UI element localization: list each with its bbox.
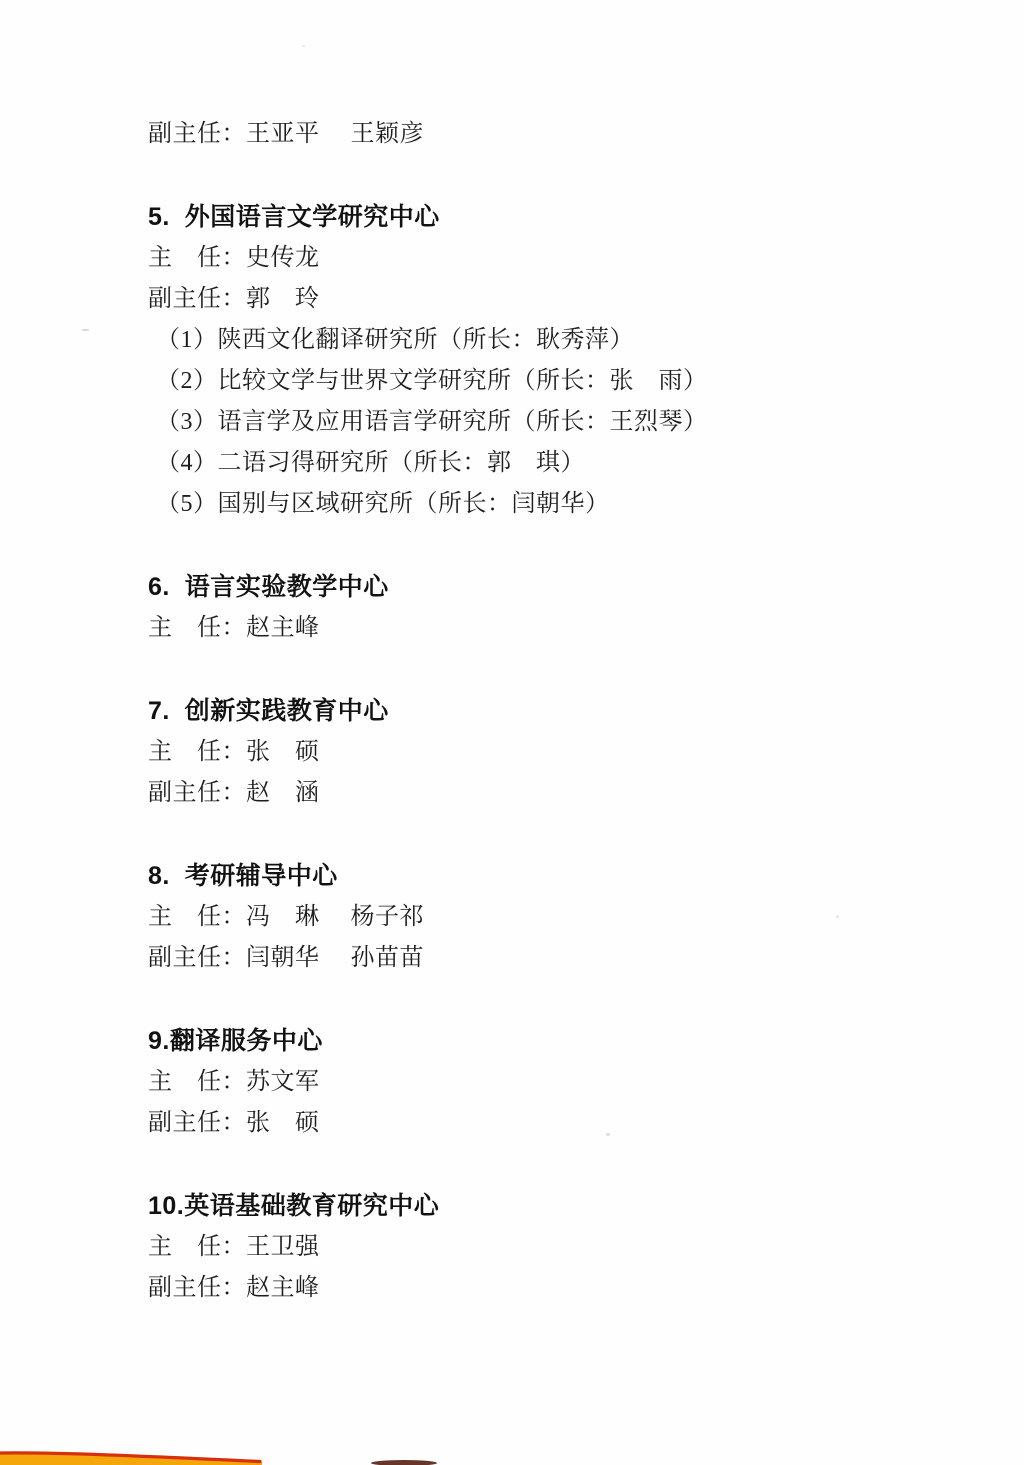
section-7-innovation-practice-education-center: 7. 创新实践教育中心主 任：张 硕副主任：赵 涵 — [148, 691, 994, 814]
institute-line: （3）语言学及应用语言学研究所（所长：王烈琴） — [148, 402, 994, 443]
staff-line: 主 任：张 硕 — [148, 732, 994, 773]
institute-line: （5）国别与区域研究所（所长：闫朝华） — [148, 484, 994, 525]
scan-artifact — [82, 329, 89, 331]
section-heading: 5. 外国语言文学研究中心 — [148, 197, 994, 238]
scan-smudge — [368, 1457, 440, 1465]
section-heading: 10.英语基础教育研究中心 — [148, 1186, 994, 1227]
section-heading: 8. 考研辅导中心 — [148, 856, 994, 897]
institute-line: （2）比较文学与世界文学研究所（所长：张 雨） — [148, 361, 994, 402]
section-4-tail: 副主任：王亚平 王颖彦 — [148, 114, 994, 155]
section-5-foreign-language-literature-research-center: 5. 外国语言文学研究中心主 任：史传龙副主任：郭 玲（1）陕西文化翻译研究所（… — [148, 197, 994, 525]
scan-smudge-shape — [371, 1460, 437, 1465]
institute-line: （4）二语习得研究所（所长：郭 琪） — [148, 443, 994, 484]
staff-line: 主 任：王卫强 — [148, 1227, 994, 1268]
scan-artifact — [836, 915, 839, 918]
bottom-banner-edge — [0, 1449, 270, 1465]
staff-line: 主 任：史传龙 — [148, 238, 994, 279]
section-heading: 9.翻译服务中心 — [148, 1021, 994, 1062]
staff-line: 副主任：赵主峰 — [148, 1268, 994, 1309]
scan-artifact — [302, 45, 305, 47]
section-heading: 6. 语言实验教学中心 — [148, 567, 994, 608]
staff-line: 主 任：苏文军 — [148, 1062, 994, 1103]
scan-artifact — [606, 1133, 610, 1136]
institute-line: （1）陕西文化翻译研究所（所长：耿秀萍） — [148, 320, 994, 361]
document-content: 副主任：王亚平 王颖彦5. 外国语言文学研究中心主 任：史传龙副主任：郭 玲（1… — [148, 114, 994, 1309]
staff-line: 副主任：赵 涵 — [148, 773, 994, 814]
staff-line: 副主任：郭 玲 — [148, 279, 994, 320]
staff-line: 主 任：冯 琳 杨子祁 — [148, 897, 994, 938]
staff-line: 副主任：张 硕 — [148, 1103, 994, 1144]
section-10-english-basic-education-research-center: 10.英语基础教育研究中心主 任：王卫强副主任：赵主峰 — [148, 1186, 994, 1309]
staff-line: 副主任：闫朝华 孙苗苗 — [148, 938, 994, 979]
section-6-language-lab-teaching-center: 6. 语言实验教学中心主 任：赵主峰 — [148, 567, 994, 649]
staff-line: 主 任：赵主峰 — [148, 608, 994, 649]
section-8-postgraduate-exam-tutoring-center: 8. 考研辅导中心主 任：冯 琳 杨子祁副主任：闫朝华 孙苗苗 — [148, 856, 994, 979]
scanned-document-page: 副主任：王亚平 王颖彦5. 外国语言文学研究中心主 任：史传龙副主任：郭 玲（1… — [0, 0, 1024, 1465]
section-9-translation-service-center: 9.翻译服务中心主 任：苏文军副主任：张 硕 — [148, 1021, 994, 1144]
section-heading: 7. 创新实践教育中心 — [148, 691, 994, 732]
staff-line: 副主任：王亚平 王颖彦 — [148, 114, 994, 155]
